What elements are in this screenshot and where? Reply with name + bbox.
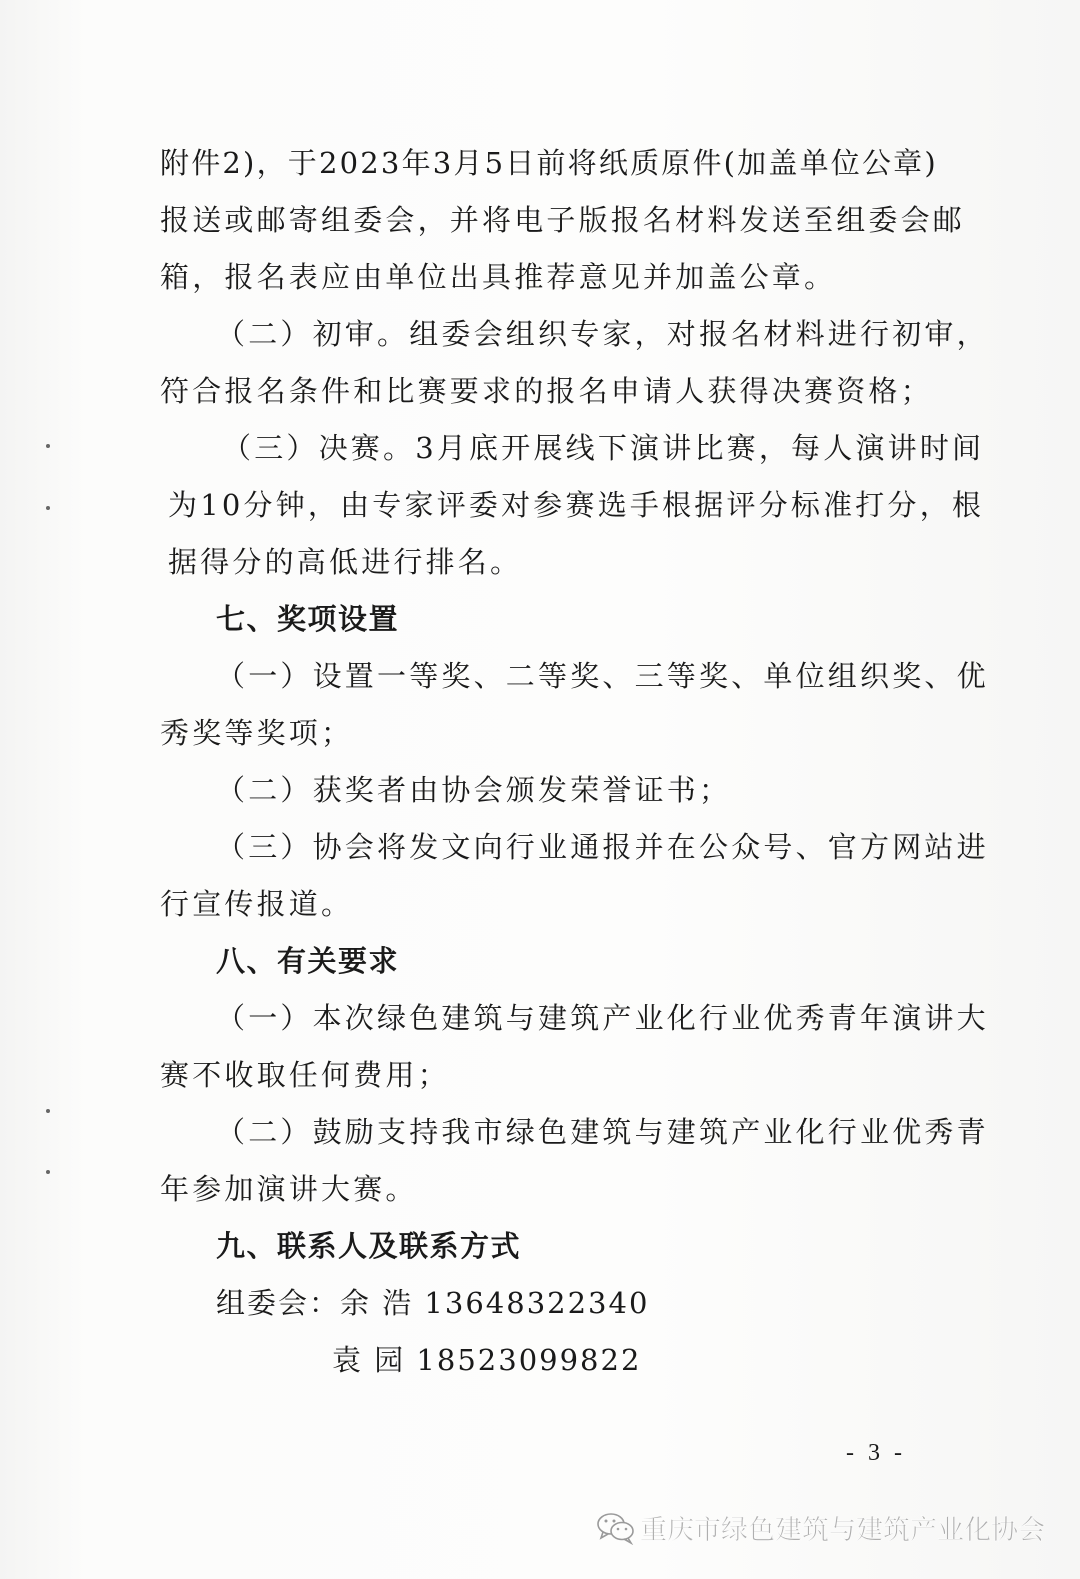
body-line-publicity-cont: 行宣传报道。 [160, 884, 353, 924]
page-number: - 3 - [846, 1438, 906, 1468]
section-heading-contacts: 九、联系人及联系方式 [216, 1226, 521, 1266]
scan-mark [46, 506, 50, 510]
body-line-award-types-cont: 秀奖等奖项； [160, 713, 353, 753]
body-line-award-types: （一）设置一等奖、二等奖、三等奖、单位组织奖、优 [216, 656, 989, 696]
body-line-final: （三）决赛。3月底开展线下演讲比赛，每人演讲时间 [222, 428, 984, 468]
scan-mark [46, 1109, 50, 1113]
contact-line-yuan-yuan: 袁 园 18523099822 [332, 1340, 641, 1380]
body-line-review: （二）初审。组委会组织专家，对报名材料进行初审， [216, 314, 989, 354]
body-line-encourage-cont: 年参加演讲大赛。 [160, 1169, 418, 1209]
body-line-no-fee-cont: 赛不收取任何费用； [160, 1055, 450, 1095]
body-line-encourage: （二）鼓励支持我市绿色建筑与建筑产业化行业优秀青 [216, 1112, 989, 1152]
contact-line-yu-hao: 组委会：余 浩 13648322340 [216, 1283, 649, 1323]
body-line-qualify: 符合报名条件和比赛要求的报名申请人获得决赛资格； [160, 371, 933, 411]
body-line-certificate: （二）获奖者由协会颁发荣誉证书； [216, 770, 731, 810]
body-line-publicity: （三）协会将发文向行业通报并在公众号、官方网站进 [216, 827, 989, 867]
wechat-watermark: 重庆市绿色建筑与建筑产业化协会 [596, 1508, 1045, 1547]
body-line-attachment: 附件2)，于2023年3月5日前将纸质原件(加盖单位公章) [160, 143, 938, 183]
scan-mark [46, 444, 50, 448]
body-line-ranking: 据得分的高低进行排名。 [168, 542, 522, 582]
section-heading-requirements: 八、有关要求 [216, 941, 399, 981]
wechat-icon [596, 1511, 636, 1545]
body-line-no-fee: （一）本次绿色建筑与建筑产业化行业优秀青年演讲大 [216, 998, 989, 1038]
section-heading-awards: 七、奖项设置 [216, 599, 399, 639]
body-line-submit: 报送或邮寄组委会，并将电子版报名材料发送至组委会邮 [160, 200, 965, 240]
body-line-email: 箱，报名表应由单位出具推荐意见并加盖公章。 [160, 257, 836, 297]
body-line-duration: 为10分钟，由专家评委对参赛选手根据评分标准打分，根 [168, 485, 984, 525]
watermark-text: 重庆市绿色建筑与建筑产业化协会 [640, 1508, 1045, 1547]
document-page: 附件2)，于2023年3月5日前将纸质原件(加盖单位公章) 报送或邮寄组委会，并… [0, 0, 1080, 1579]
scan-mark [46, 1170, 50, 1174]
